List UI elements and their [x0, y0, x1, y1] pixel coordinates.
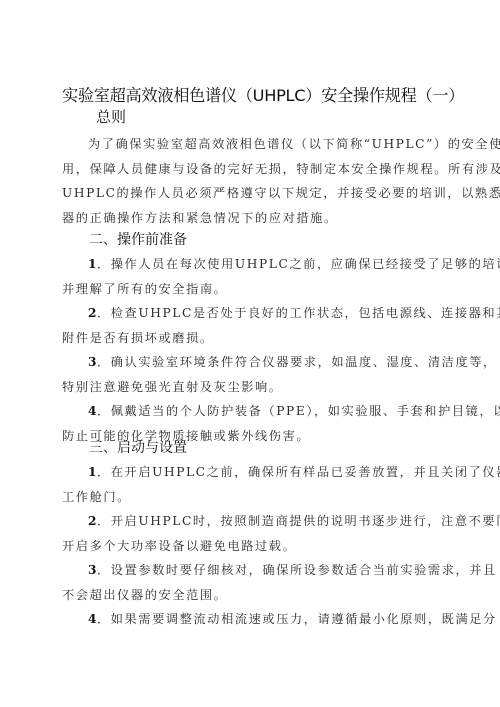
item-text: ．在开启UHPLC之前，确保所有样品已妥善放置，并且关闭了仪器的	[97, 465, 500, 479]
list-item: 3．确认实验室环境条件符合仪器要求，如温度、湿度、清洁度等，	[62, 350, 448, 375]
startup-list: 1．在开启UHPLC之前，确保所有样品已妥善放置，并且关闭了仪器的 工作舱门。 …	[62, 460, 448, 632]
item-number: 1	[88, 257, 97, 271]
item-text: ．检查UHPLC是否处于良好的工作状态，包括电源线、连接器和其他	[97, 306, 500, 320]
list-item-continuation: 并理解了所有的安全指南。	[62, 277, 448, 302]
item-text: ．确认实验室环境条件符合仪器要求，如温度、湿度、清洁度等，	[97, 355, 497, 369]
intro-line: 器的正确操作方法和紧急情况下的应对措施。	[62, 206, 448, 231]
item-text: ．开启UHPLC时，按照制造商提供的说明书逐步进行，注意不要同时	[97, 514, 500, 528]
list-item-continuation: 开启多个大功率设备以避免电路过载。	[62, 534, 448, 559]
item-number: 3	[88, 563, 97, 577]
item-number: 3	[88, 355, 97, 369]
item-number: 2	[88, 514, 97, 528]
list-item: 4．如果需要调整流动相流速或压力，请遵循最小化原则，既满足分	[62, 607, 448, 632]
preparation-list: 1．操作人员在每次使用UHPLC之前，应确保已经接受了足够的培训， 并理解了所有…	[62, 252, 448, 448]
intro-paragraph: 为了确保实验室超高效液相色谱仪（以下简称“UHPLC”）的安全使 用，保障人员健…	[62, 132, 448, 230]
list-item-continuation: 工作舱门。	[62, 485, 448, 510]
document-title: 实验室超高效液相色谱仪（UHPLC）安全操作规程（一）	[62, 86, 462, 106]
intro-line: 用，保障人员健康与设备的完好无损，特制定本安全操作规程。所有涉及	[62, 157, 448, 182]
item-number: 4	[88, 404, 97, 418]
item-number: 2	[88, 306, 97, 320]
section-heading-preparation: 二、操作前准备	[89, 230, 187, 250]
document-page: 实验室超高效液相色谱仪（UHPLC）安全操作规程（一） 总则 为了确保实验室超高…	[0, 0, 500, 707]
item-text: ．佩戴适当的个人防护装备（PPE），如实验服、手套和护目镜，以	[97, 404, 500, 418]
list-item: 1．操作人员在每次使用UHPLC之前，应确保已经接受了足够的培训，	[62, 252, 448, 277]
intro-line: 为了确保实验室超高效液相色谱仪（以下简称“UHPLC”）的安全使	[62, 132, 448, 157]
list-item: 1．在开启UHPLC之前，确保所有样品已妥善放置，并且关闭了仪器的	[62, 460, 448, 485]
list-item-continuation: 附件是否有损坏或磨损。	[62, 326, 448, 351]
list-item-continuation: 特别注意避免强光直射及灰尘影响。	[62, 375, 448, 400]
list-item: 3．设置参数时要仔细核对，确保所设参数适合当前实验需求，并且	[62, 558, 448, 583]
item-number: 4	[88, 612, 97, 626]
section-heading-startup: 三、启动与设置	[89, 438, 187, 458]
item-text: ．设置参数时要仔细核对，确保所设参数适合当前实验需求，并且	[97, 563, 497, 577]
list-item-continuation: 不会超出仪器的安全范围。	[62, 583, 448, 608]
intro-line: UHPLC的操作人员必须严格遵守以下规定，并接受必要的培训，以熟悉仪	[62, 181, 448, 206]
item-text: ．如果需要调整流动相流速或压力，请遵循最小化原则，既满足分	[97, 612, 497, 626]
list-item: 4．佩戴适当的个人防护装备（PPE），如实验服、手套和护目镜，以	[62, 399, 448, 424]
item-text: ．操作人员在每次使用UHPLC之前，应确保已经接受了足够的培训，	[97, 257, 500, 271]
list-item: 2．开启UHPLC时，按照制造商提供的说明书逐步进行，注意不要同时	[62, 509, 448, 534]
list-item: 2．检查UHPLC是否处于良好的工作状态，包括电源线、连接器和其他	[62, 301, 448, 326]
section-general-heading: 总则	[96, 107, 126, 127]
item-number: 1	[88, 465, 97, 479]
